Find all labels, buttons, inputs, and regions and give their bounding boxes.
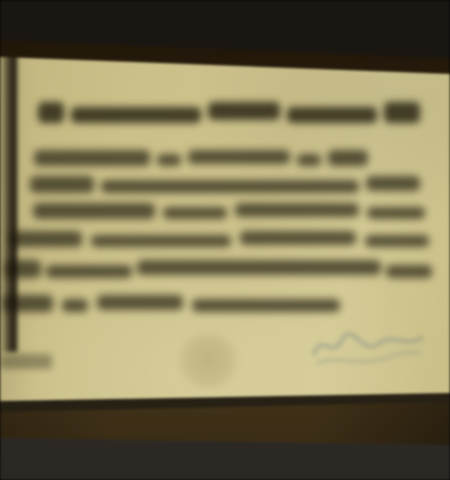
photo-of-framed-document [0,0,450,480]
photo-vignette [0,0,450,480]
